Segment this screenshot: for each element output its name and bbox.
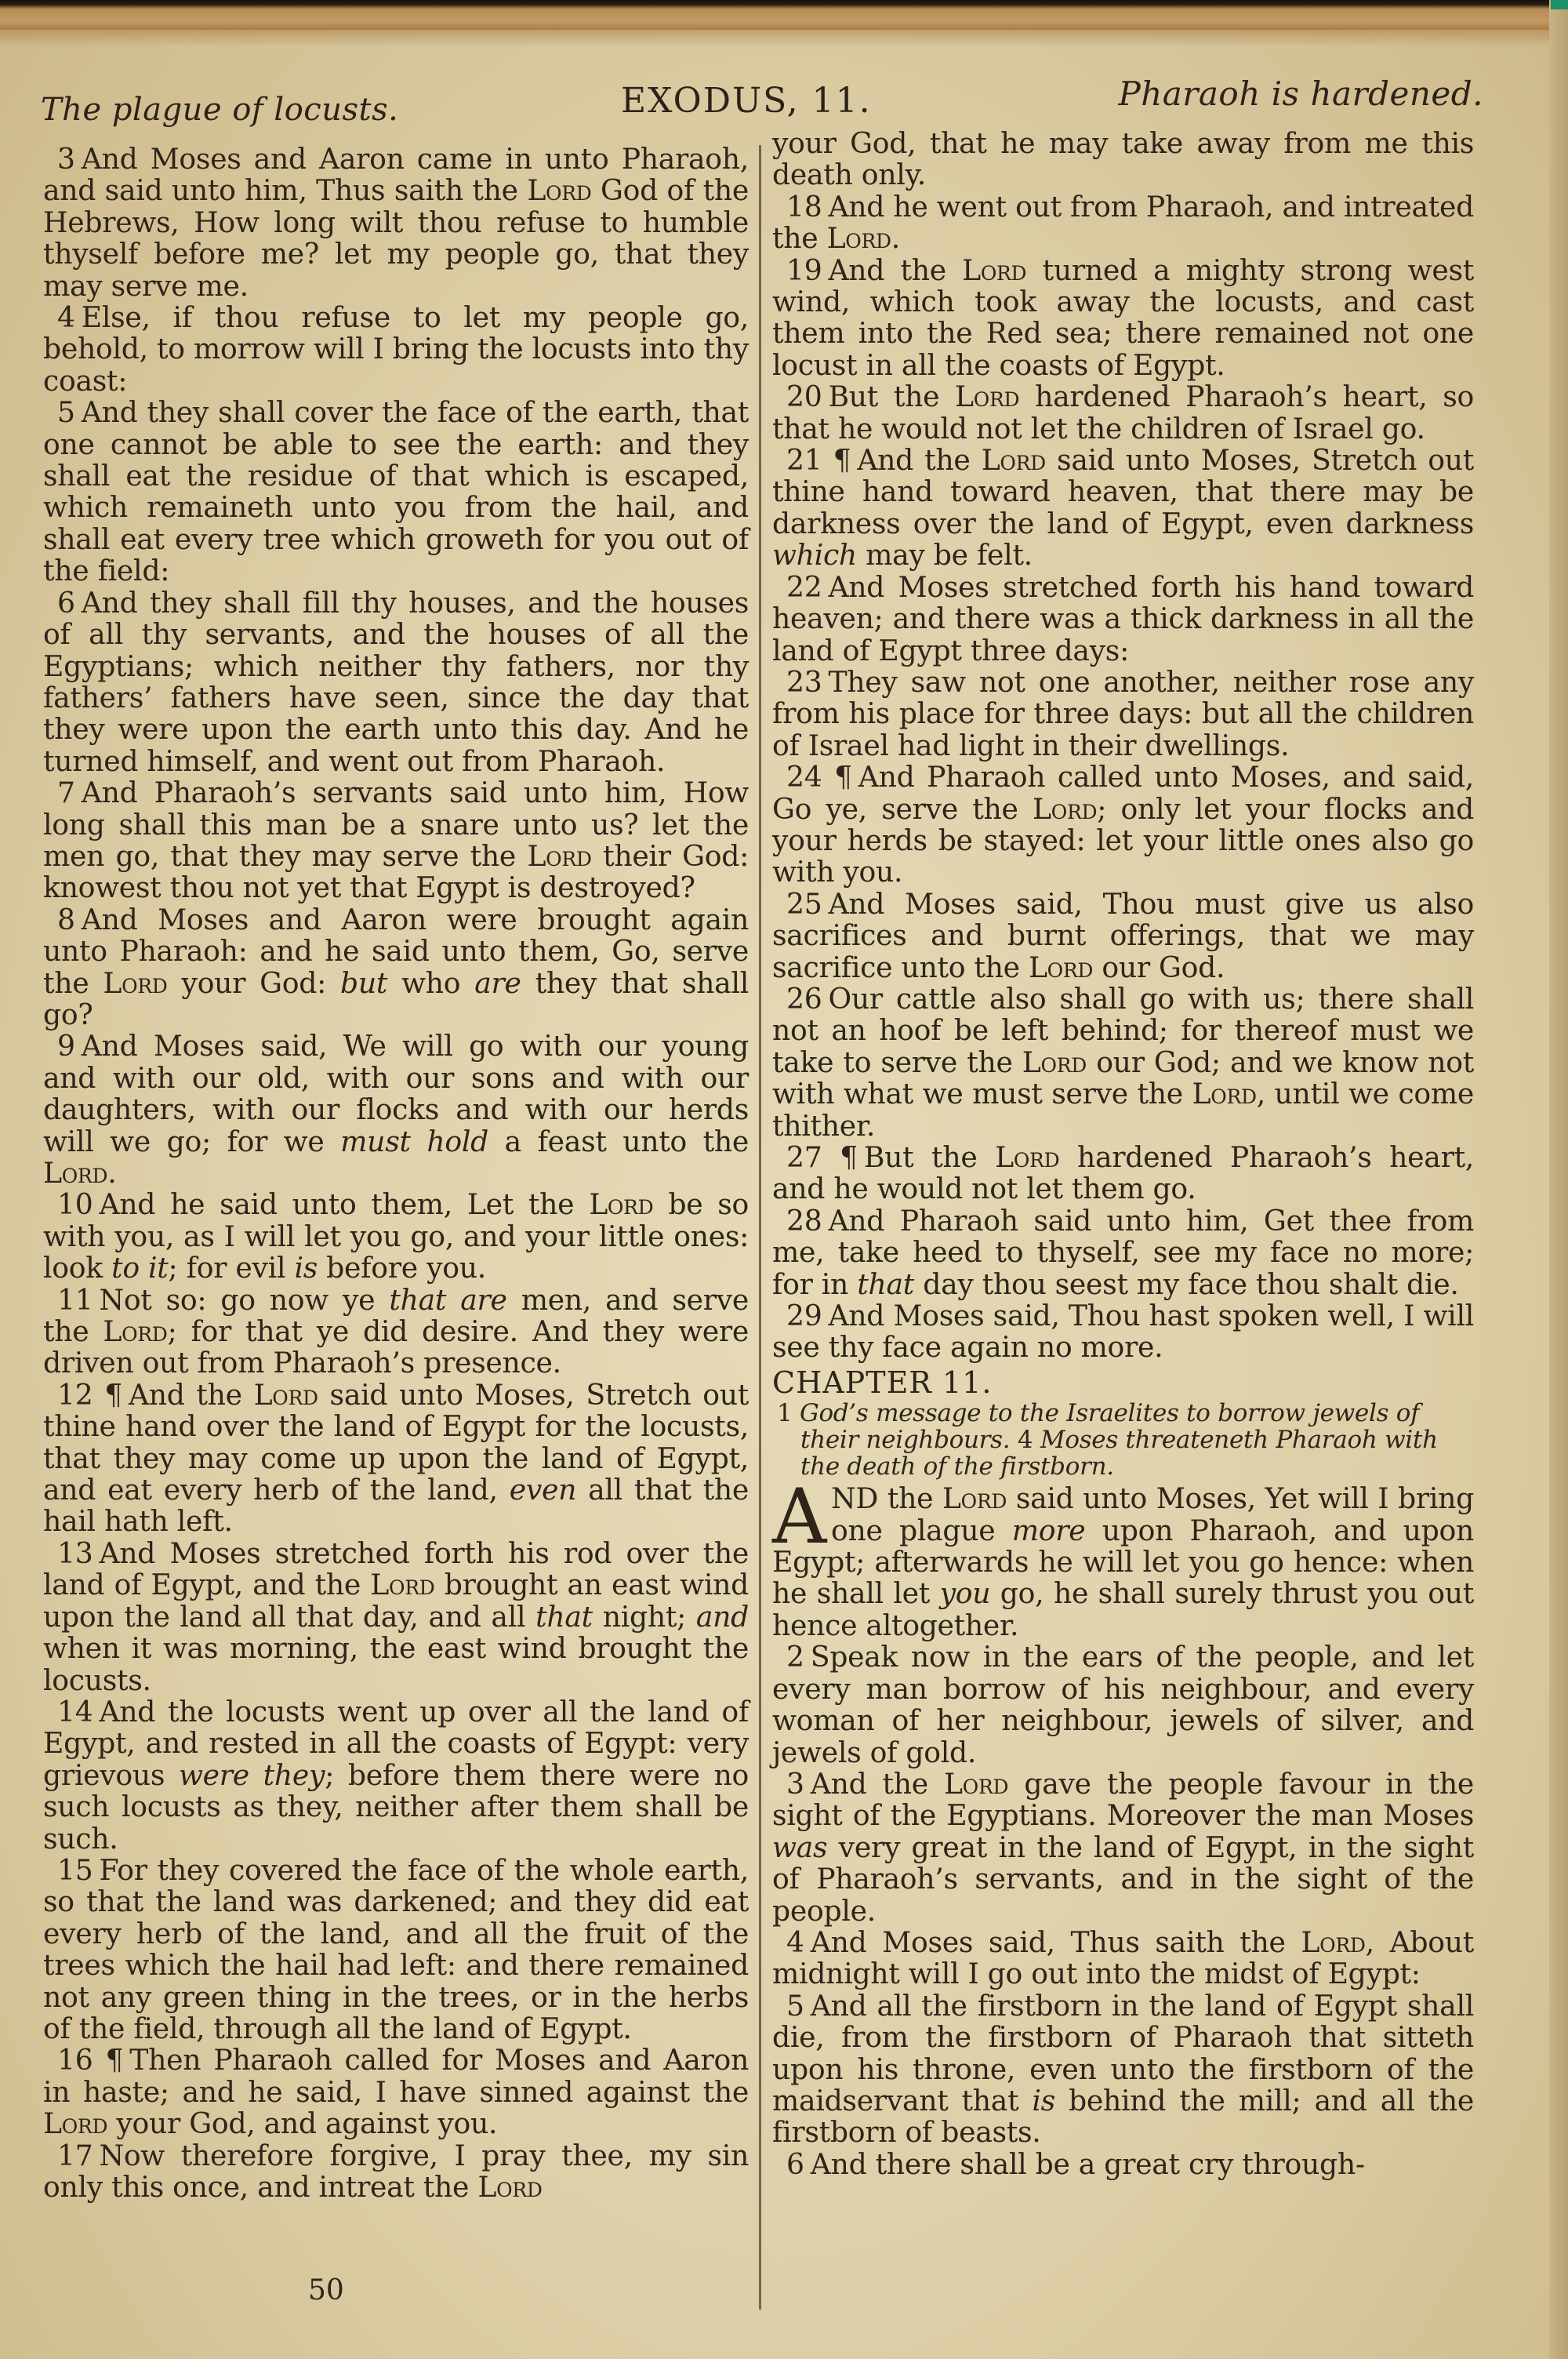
verse: 10And he said unto them, Let the Lord be… — [43, 1189, 749, 1284]
small-caps-lord: Lord — [942, 1481, 1007, 1515]
verse: 16 ¶Then Pharaoh called for Moses and Aa… — [43, 2045, 749, 2139]
column-divider — [759, 145, 761, 2310]
chapter-first-verse: AND the Lord said unto Moses, Yet will I… — [772, 1483, 1474, 1641]
small-caps-lord: Lord — [589, 1187, 653, 1221]
text-run: Else, if thou refuse to let my people go… — [43, 300, 749, 398]
italic-supplied-word: you — [940, 1576, 991, 1610]
text-run: And they shall cover the face of the ear… — [43, 395, 749, 587]
verse: 4And Moses said, Thus saith the Lord, Ab… — [772, 1927, 1474, 1990]
small-caps-lord: Lord — [43, 2106, 107, 2140]
verse-number: 5 — [786, 1989, 804, 2023]
running-head-book-chapter: EXODUS, 11. — [621, 81, 872, 121]
verse: 25And Moses said, Thou must give us also… — [772, 889, 1474, 983]
verse: 24 ¶And Pharaoh called unto Moses, and s… — [772, 761, 1474, 889]
italic-supplied-word: were they — [179, 1758, 325, 1792]
italic-supplied-word: are — [474, 966, 521, 1000]
verse: 22And Moses stretched forth his hand tow… — [772, 572, 1474, 667]
text-run: And the — [857, 443, 981, 477]
verse: 9And Moses said, We will go with our you… — [43, 1030, 749, 1189]
verse-number: 8 — [57, 903, 75, 936]
verse: 5And they shall cover the face of the ea… — [43, 397, 749, 587]
book-page: The plague of locusts. EXODUS, 11. Phara… — [0, 0, 1568, 2359]
verse: 13And Moses stretched forth his rod over… — [43, 1538, 749, 1696]
verse-number: 3 — [57, 142, 75, 176]
text-run: And Moses said, Thou hast spoken well, I… — [772, 1299, 1474, 1364]
verse-number: 2 — [786, 1640, 804, 1674]
verse: 14And the locusts went up over all the l… — [43, 1696, 749, 1855]
verse-number: 23 — [786, 665, 822, 699]
drop-cap: A — [772, 1485, 826, 1547]
text-run: . — [107, 1156, 116, 1190]
text-run: Not so: go now ye — [99, 1283, 389, 1317]
verse-number: 18 — [786, 190, 822, 224]
text-run: And the — [129, 1378, 254, 1412]
verse: 4Else, if thou refuse to let my people g… — [43, 302, 749, 397]
verse: 3And the Lord gave the people favour in … — [772, 1768, 1474, 1927]
verse: 2Speak now in the ears of the people, an… — [772, 1641, 1474, 1768]
small-caps-lord: Lord — [962, 253, 1026, 287]
left-column: 3And Moses and Aaron came in unto Pharao… — [43, 144, 749, 2203]
verse: 6And they shall fill thy houses, and the… — [43, 587, 749, 777]
verse-number: 12 ¶ — [57, 1378, 122, 1412]
text-run: And the — [828, 253, 962, 287]
small-caps-lord: Lord — [944, 1767, 1008, 1801]
verse-number: 5 — [57, 395, 75, 429]
verse-number: 14 — [57, 1695, 93, 1728]
text-run: may be felt. — [857, 538, 1033, 572]
page-stain — [0, 30, 1568, 47]
verse-number: 13 — [57, 1536, 93, 1570]
text-run: And they shall fill thy houses, and the … — [43, 586, 749, 778]
italic-supplied-word: that — [857, 1267, 914, 1301]
verse: 29And Moses said, Thou hast spoken well,… — [772, 1300, 1474, 1364]
text-run: Now therefore forgive, I pray thee, my s… — [43, 2139, 749, 2204]
verse: 20But the Lord hardened Pharaoh’s heart,… — [772, 381, 1474, 445]
verse-number: 20 — [786, 380, 822, 413]
text-run: ; for evil — [169, 1251, 295, 1285]
italic-supplied-word: but — [340, 966, 387, 1000]
small-caps-lord: Lord — [1033, 792, 1097, 826]
verse: 23They saw not one another, neither rose… — [772, 667, 1474, 761]
small-caps-lord: Lord — [527, 173, 591, 207]
verse-number: 19 — [786, 253, 822, 287]
verse-number: 24 ¶ — [786, 760, 852, 794]
summary-verse-ref: 4 — [1010, 1426, 1040, 1454]
running-head-left: The plague of locusts. — [41, 92, 398, 128]
right-column: your God, that he may take away from me … — [772, 128, 1474, 2180]
text-run: your God, that he may take away from me … — [772, 126, 1474, 191]
text-run: But the — [864, 1140, 995, 1174]
text-run: . — [891, 221, 900, 255]
verse-number: 21 ¶ — [786, 443, 851, 477]
verse: 6And there shall be a great cry through- — [772, 2149, 1474, 2180]
verse: 12 ¶And the Lord said unto Moses, Stretc… — [43, 1379, 749, 1538]
text-run: night; — [593, 1600, 696, 1634]
verse: 5And all the firstborn in the land of Eg… — [772, 1990, 1474, 2149]
verse: 15For they covered the face of the whole… — [43, 1855, 749, 2045]
text-run: your God: — [168, 966, 340, 1000]
page-right-edge — [1549, 0, 1568, 2359]
verse: 27 ¶But the Lord hardened Pharaoh’s hear… — [772, 1142, 1474, 1205]
small-caps-lord: Lord — [43, 1156, 107, 1190]
page-top-edge — [0, 0, 1568, 30]
verse: 8And Moses and Aaron were brought again … — [43, 904, 749, 1031]
italic-supplied-word: to it — [111, 1251, 168, 1285]
text-run: a feast unto the — [488, 1125, 749, 1158]
text-run: very great in the land of Egypt, in the … — [772, 1830, 1474, 1928]
text-run: Speak now in the ears of the people, and… — [772, 1640, 1474, 1768]
verse-number: 29 — [786, 1299, 822, 1332]
chapter-heading: CHAPTER 11. — [772, 1367, 1474, 1398]
summary-verse-ref: 1 — [777, 1399, 800, 1427]
small-caps-lord: Lord — [1029, 951, 1093, 984]
verse: 21 ¶And the Lord said unto Moses, Stretc… — [772, 445, 1474, 572]
small-caps-lord: Lord — [527, 839, 591, 873]
italic-supplied-word: more — [1012, 1514, 1086, 1547]
italic-supplied-word: which — [772, 538, 857, 572]
text-run: But the — [828, 380, 955, 413]
text-run: day thou seest my face thou shalt die. — [914, 1267, 1459, 1301]
verse-number: 4 — [57, 300, 75, 334]
italic-supplied-word: must hold — [340, 1125, 488, 1158]
small-caps-lord: Lord — [995, 1140, 1059, 1174]
text-run: Then Pharaoh called for Moses and Aaron … — [43, 2043, 749, 2108]
verse-number: 9 — [57, 1029, 75, 1063]
verse: 28And Pharaoh said unto him, Get thee fr… — [772, 1205, 1474, 1300]
bookmark-tab — [1551, 0, 1568, 9]
small-caps-lord: Lord — [1022, 1045, 1087, 1079]
verse-number: 17 — [57, 2139, 93, 2172]
verse-number: 22 — [786, 570, 822, 604]
italic-supplied-word: and — [696, 1600, 749, 1634]
text-run: when it was morning, the east wind broug… — [43, 1631, 749, 1696]
text-run: ND the — [831, 1481, 942, 1515]
page-number: 50 — [308, 2274, 344, 2306]
small-caps-lord: Lord — [254, 1378, 318, 1412]
verse-number: 6 — [786, 2147, 804, 2181]
verse-number: 7 — [57, 776, 75, 809]
text-run: our God. — [1093, 951, 1225, 984]
italic-supplied-word: is — [1032, 2084, 1055, 2117]
verse-number: 15 — [57, 1853, 93, 1887]
verse-number: 28 — [786, 1204, 822, 1238]
small-caps-lord: Lord — [827, 221, 891, 255]
text-run: before you. — [318, 1251, 486, 1285]
verse-number: 25 — [786, 887, 822, 921]
verse-number: 16 ¶ — [57, 2043, 123, 2077]
chapter-summary: 1 God’s message to the Israelites to bor… — [772, 1400, 1474, 1480]
text-run: your God, and against you. — [107, 2106, 497, 2140]
verse: 7And Pharaoh’s servants said unto him, H… — [43, 777, 749, 904]
small-caps-lord: Lord — [370, 1568, 434, 1601]
verse-number: 11 — [57, 1283, 93, 1317]
small-caps-lord: Lord — [1192, 1077, 1257, 1110]
verse-number: 3 — [786, 1767, 804, 1801]
italic-supplied-word: was — [772, 1830, 827, 1864]
verse-number: 4 — [786, 1925, 804, 1959]
text-run: who — [387, 966, 474, 1000]
text-run: For they covered the face of the whole e… — [43, 1853, 749, 2045]
verse: 3And Moses and Aaron came in unto Pharao… — [43, 144, 749, 302]
text-run: And the — [811, 1767, 944, 1801]
verse-continuation: your God, that he may take away from me … — [772, 128, 1474, 191]
text-run: And he said unto them, Let the — [99, 1187, 589, 1221]
italic-supplied-word: that are — [389, 1283, 506, 1317]
italic-supplied-word: is — [294, 1251, 318, 1285]
running-head-right: Pharaoh is hardened. — [1118, 75, 1483, 113]
italic-supplied-word: that — [535, 1600, 593, 1634]
small-caps-lord: Lord — [103, 966, 167, 1000]
small-caps-lord: Lord — [982, 443, 1046, 477]
verse: 11Not so: go now ye that are men, and se… — [43, 1285, 749, 1379]
text-run: They saw not one another, neither rose a… — [772, 665, 1474, 762]
verse-number: 27 ¶ — [786, 1140, 858, 1174]
verse: 17Now therefore forgive, I pray thee, my… — [43, 2140, 749, 2204]
italic-supplied-word: even — [510, 1473, 576, 1507]
small-caps-lord: Lord — [477, 2170, 542, 2204]
verse-number: 26 — [786, 982, 822, 1016]
verse-number: 10 — [57, 1187, 93, 1221]
verse: 19And the Lord turned a mighty strong we… — [772, 255, 1474, 382]
text-run: And Moses said, Thus saith the — [811, 1925, 1301, 1959]
verse-number: 6 — [57, 586, 75, 620]
small-caps-lord: Lord — [1301, 1925, 1365, 1959]
verse: 18And he went out from Pharaoh, and intr… — [772, 191, 1474, 255]
text-run: And there shall be a great cry through- — [811, 2147, 1365, 2181]
small-caps-lord: Lord — [103, 1314, 167, 1348]
text-run: And Moses stretched forth his hand towar… — [772, 570, 1474, 667]
verse: 26Our cattle also shall go with us; ther… — [772, 983, 1474, 1142]
small-caps-lord: Lord — [955, 380, 1019, 413]
